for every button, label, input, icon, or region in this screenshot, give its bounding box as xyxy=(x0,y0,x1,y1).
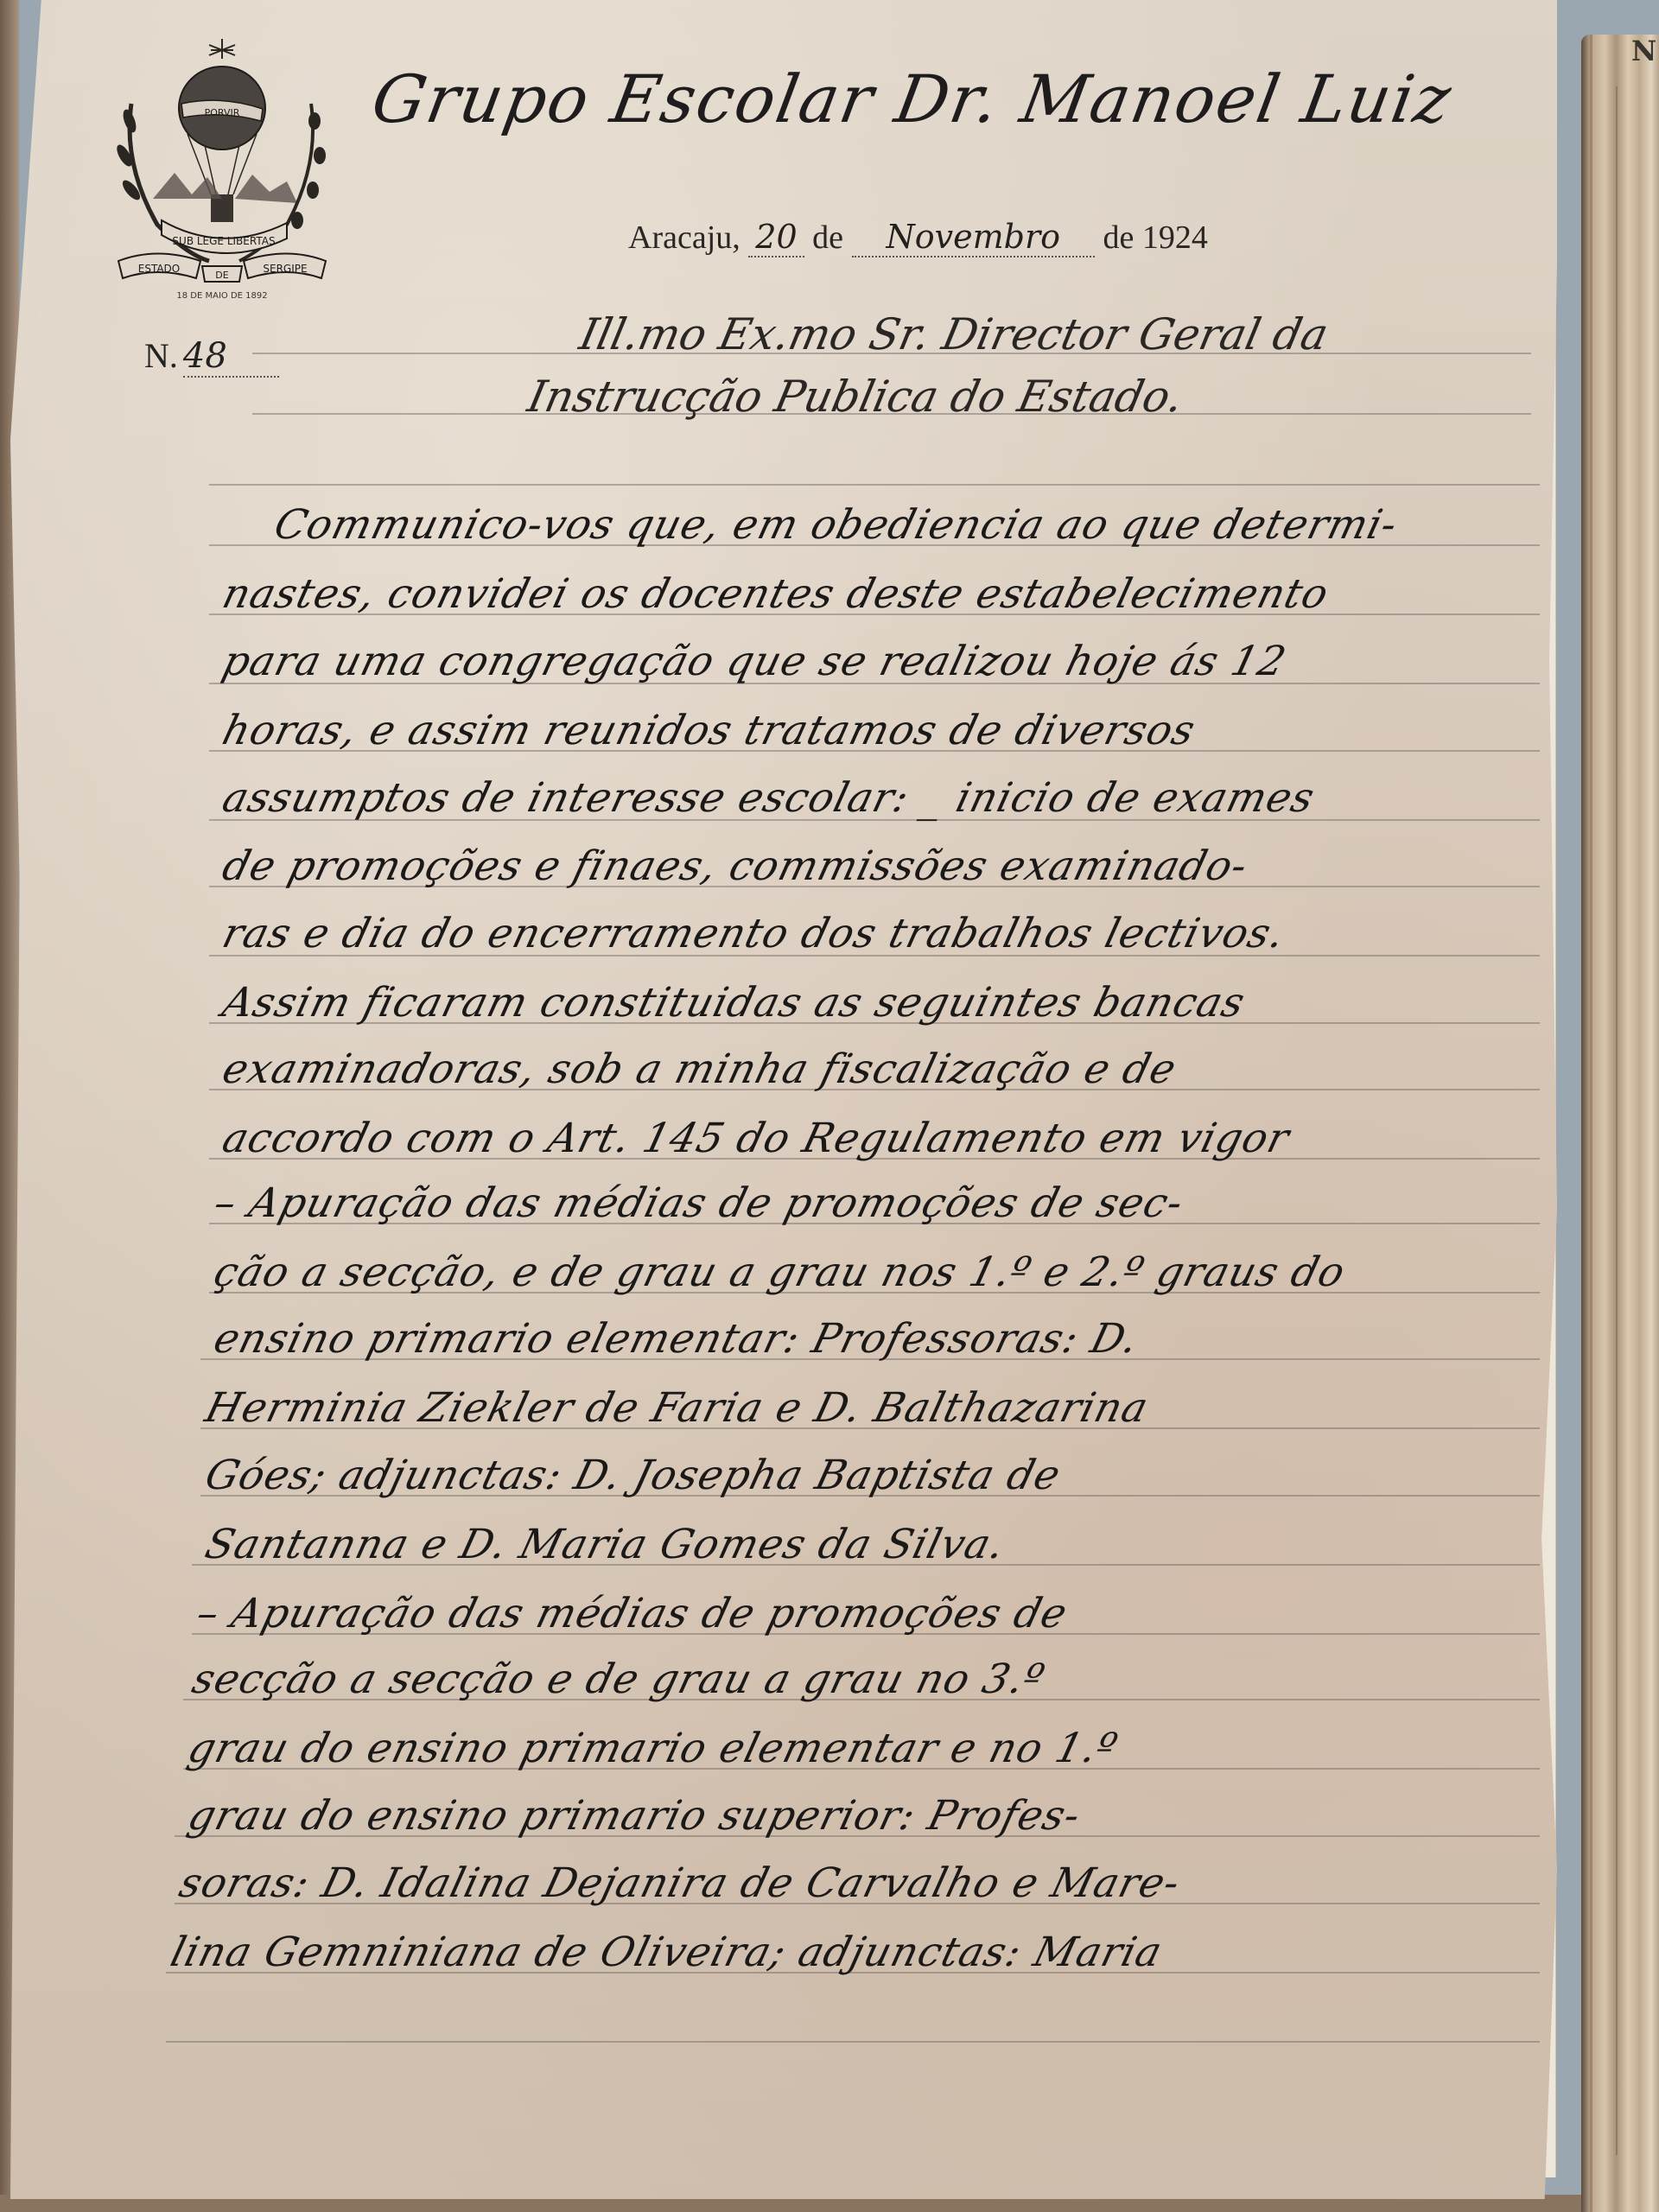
dateline-de: de xyxy=(812,219,843,256)
body-line: Góes; adjunctas: D. Josepha Baptista de xyxy=(200,1452,1065,1499)
body-line: de promoções e finaes, commissões examin… xyxy=(218,842,1253,890)
body-line: – Apuração das médias de promoções de se… xyxy=(209,1179,1188,1227)
body-line: grau do ensino primario elementar e no 1… xyxy=(183,1725,1122,1772)
body-line: examinadoras, sob a minha fiscalização e… xyxy=(218,1046,1181,1093)
sergipe-coat-of-arms-icon: PORVIR SUB LEGE LIBERTAS ESTADO xyxy=(105,35,339,311)
body-line: horas, e assim reunidos tratamos de dive… xyxy=(218,707,1200,754)
document-number-value: 48 xyxy=(183,336,279,378)
body-line: Herminia Ziekler de Faria e D. Balthazar… xyxy=(200,1384,1154,1432)
body-line: ensino primario elementar: Professoras: … xyxy=(209,1315,1143,1363)
dateline-de: de xyxy=(1103,219,1135,256)
background-document-stack xyxy=(1581,35,1659,2212)
crest-date-text: 18 DE MAIO DE 1892 xyxy=(176,291,267,301)
crest-banner-left-text: ESTADO xyxy=(138,263,181,275)
document-number-label: N. xyxy=(144,336,178,375)
body-line: ras e dia do encerramento dos trabalhos … xyxy=(218,910,1290,957)
dateline: Aracaju, 20 de Novembro de 1924 xyxy=(628,218,1208,257)
body-line: nastes, convidei os docentes deste estab… xyxy=(218,570,1334,618)
body-line: assumptos de interesse escolar: _ inicio… xyxy=(218,774,1319,822)
dateline-day: 20 xyxy=(748,218,804,257)
crest-banner-right-text: SERGIPE xyxy=(263,263,307,275)
letter-page: PORVIR SUB LEGE LIBERTAS ESTADO xyxy=(10,0,1557,2199)
document-number: N.48 xyxy=(144,335,279,376)
addressee-line-2: Instrucção Publica do Estado. xyxy=(524,372,1188,422)
dateline-year: 1924 xyxy=(1142,219,1208,256)
background-stack-label: N xyxy=(1631,35,1656,67)
dateline-city: Aracaju, xyxy=(628,219,741,256)
body-line: secção a secção e de grau a grau no 3.º xyxy=(188,1656,1050,1703)
ruled-line xyxy=(209,484,1540,486)
ruled-line xyxy=(166,2041,1540,2043)
body-line: lina Gemniniana de Oliveira; adjunctas: … xyxy=(166,1929,1167,1976)
body-line: soras: D. Idalina Dejanira de Carvalho e… xyxy=(175,1859,1185,1907)
addressee-line-1: Ill.mo Ex.mo Sr. Director Geral da xyxy=(575,309,1332,359)
body-line: para uma congregação que se realizou hoj… xyxy=(218,638,1291,685)
crest-banner-middle-text: DE xyxy=(215,270,228,281)
letterhead-title: Grupo Escolar Dr. Manoel Luiz xyxy=(366,60,1458,137)
body-line: accordo com o Art. 145 do Regulamento em… xyxy=(218,1115,1294,1162)
body-line: ção a secção, e de grau a grau nos 1.º e… xyxy=(209,1249,1351,1296)
crest-balloon-band-text: PORVIR xyxy=(205,107,240,118)
crest-motto-text: SUB LEGE LIBERTAS xyxy=(172,235,275,247)
body-line: – Apuração das médias de promoções de xyxy=(192,1590,1072,1637)
body-line: grau do ensino primario superior: Profes… xyxy=(183,1792,1085,1840)
body-line: Santanna e D. Maria Gomes da Silva. xyxy=(200,1521,1010,1568)
dateline-month: Novembro xyxy=(852,218,1096,257)
body-line: Assim ficaram constituidas as seguintes … xyxy=(218,979,1250,1027)
body-line: Communico-vos que, em obediencia ao que … xyxy=(270,501,1402,549)
